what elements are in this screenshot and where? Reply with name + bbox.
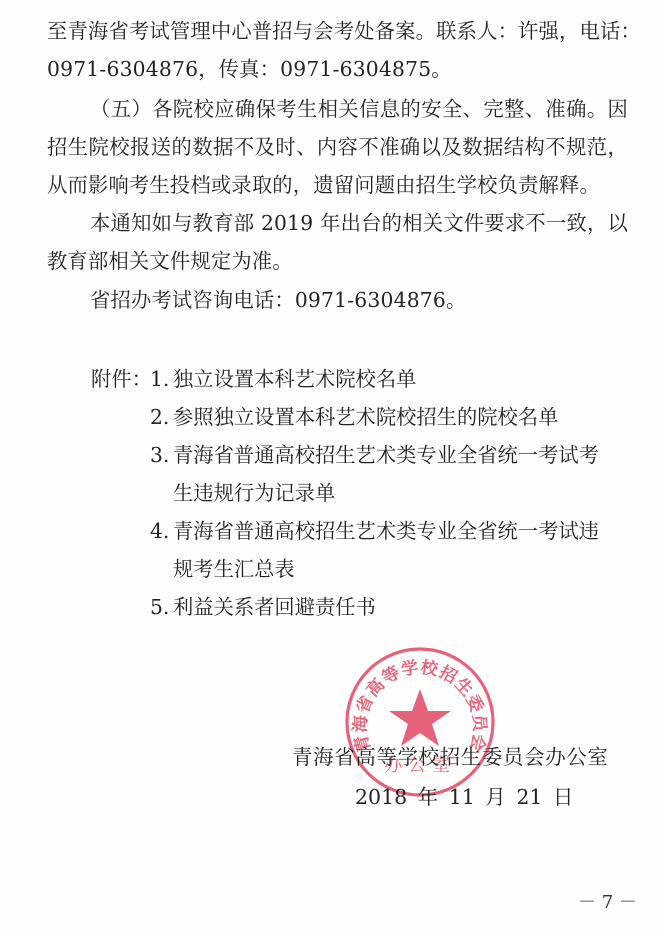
paragraph-contact-line-2: 0971-6304876，传真：0971-6304875。 [47,57,628,81]
attachment-number-1: 1. [150,367,169,391]
paragraph-five-line-3: 从而影响考生投档或录取的，遗留问题由招生学校负责解释。 [47,173,628,197]
attachment-item-2: 参照独立设置本科艺术院校招生的院校名单 [173,405,558,429]
paragraph-notice-line-2: 教育部相关文件规定为准。 [47,249,628,273]
attachment-item-3-line-1: 青海省普通高校招生艺术类专业全省统一考试考 [173,443,599,467]
attachment-item-3-line-2: 生违规行为记录单 [173,481,335,505]
paragraph-hotline: 省招办考试咨询电话：0971-6304876。 [90,288,628,312]
attachment-number-5: 5. [150,595,169,619]
document-page: 至青海省考试管理中心普招与会考处备案。联系人：许强，电话： 0971-63048… [0,0,664,936]
attachment-item-4-line-1: 青海省普通高校招生艺术类专业全省统一考试违 [173,519,599,543]
issue-date: 2018 年 11 月 21 日 [355,785,573,809]
paragraph-contact-line-1: 至青海省考试管理中心普招与会考处备案。联系人：许强，电话： [47,19,628,43]
issuer-signature: 青海省高等学校招生委员会办公室 [292,745,609,769]
paragraph-five-line-2: 招生院校报送的数据不及时、内容不准确以及数据结构不规范， [47,135,628,159]
attachment-number-4: 4. [150,519,169,543]
seal-graphic: 青海省高等学校招生委员会 办公室 [343,645,497,799]
attachment-item-5: 利益关系者回避责任书 [173,595,376,619]
star-icon [389,689,451,746]
official-seal: 青海省高等学校招生委员会 办公室 [343,645,497,799]
paragraph-notice-line-1: 本通知如与教育部 2019 年出台的相关文件要求不一致，以 [90,211,628,235]
paragraph-five-line-1: （五）各院校应确保考生相关信息的安全、完整、准确。因 [90,97,628,121]
attachment-item-4-line-2: 规考生汇总表 [173,557,295,581]
page-number: － 7 － [578,892,637,914]
attachment-item-1: 独立设置本科艺术院校名单 [173,367,416,391]
attachment-number-2: 2. [150,405,169,429]
attachments-label: 附件： [91,367,152,391]
attachment-number-3: 3. [150,443,169,467]
